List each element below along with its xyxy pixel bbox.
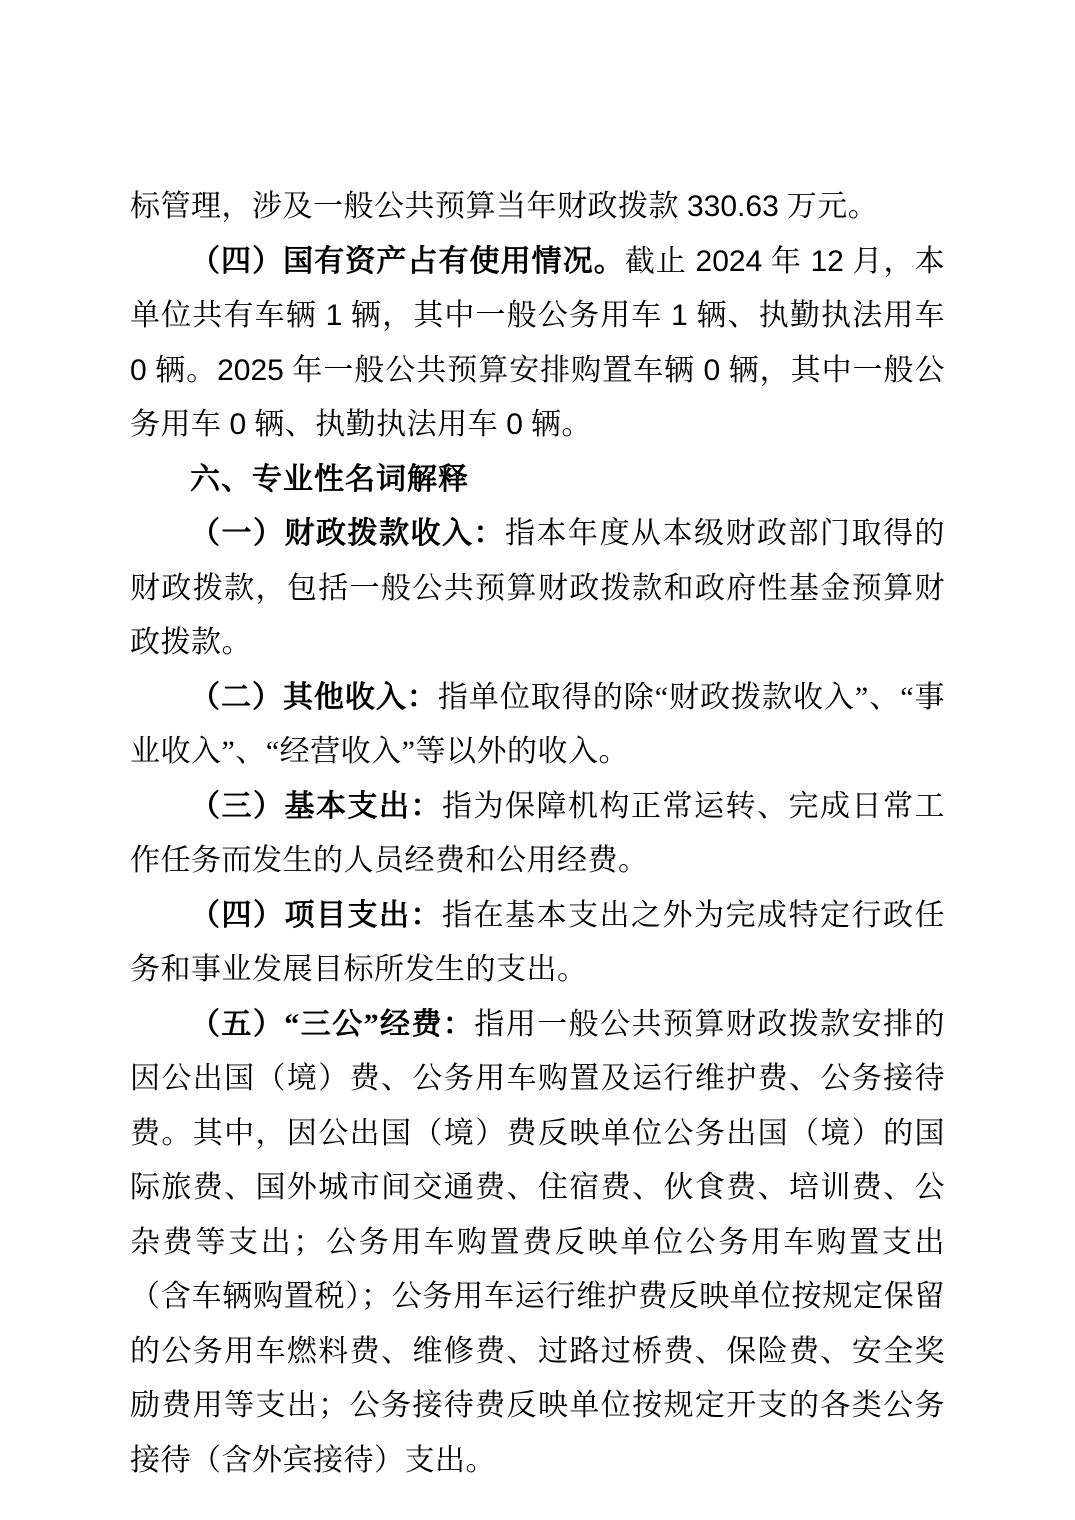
paragraph-continuation-text: 标管理，涉及一般公共预算当年财政拨款 330.63 万元。	[130, 190, 878, 223]
paragraph-term-other-income: （二）其他收入：指单位取得的除“财政拨款收入”、“事业收入”、“经营收入”等以外…	[130, 671, 945, 780]
section-heading-terms: 六、专业性名词解释	[130, 453, 945, 508]
paragraph-term-3-lead: （三）基本支出：	[190, 790, 442, 823]
paragraph-term-1-lead: （一）财政拨款收入：	[190, 517, 505, 550]
paragraph-term-5-text: 指用一般公共预算财政拨款安排的因公出国（境）费、公务用车购置及运行维护费、公务接…	[130, 1008, 945, 1477]
paragraph-term-fiscal-appropriation-income: （一）财政拨款收入：指本年度从本级财政部门取得的财政拨款，包括一般公共预算财政拨…	[130, 507, 945, 671]
document-page: 标管理，涉及一般公共预算当年财政拨款 330.63 万元。 （四）国有资产占有使…	[0, 0, 1075, 1520]
paragraph-term-basic-expenditure: （三）基本支出：指为保障机构正常运转、完成日常工作任务而发生的人员经费和公用经费…	[130, 780, 945, 889]
paragraph-continuation: 标管理，涉及一般公共预算当年财政拨款 330.63 万元。	[130, 180, 945, 235]
paragraph-term-5-lead: （五）“三公”经费：	[190, 1008, 474, 1041]
paragraph-state-assets: （四）国有资产占有使用情况。截止 2024 年 12 月，本单位共有车辆 1 辆…	[130, 235, 945, 453]
paragraph-term-2-lead: （二）其他收入：	[190, 681, 438, 714]
paragraph-term-4-lead: （四）项目支出：	[190, 899, 442, 932]
paragraph-term-three-public-funds: （五）“三公”经费：指用一般公共预算财政拨款安排的因公出国（境）费、公务用车购置…	[130, 998, 945, 1489]
paragraph-state-assets-lead: （四）国有资产占有使用情况。	[190, 245, 625, 278]
paragraph-term-project-expenditure: （四）项目支出：指在基本支出之外为完成特定行政任务和事业发展目标所发生的支出。	[130, 889, 945, 998]
document-text-block: 标管理，涉及一般公共预算当年财政拨款 330.63 万元。 （四）国有资产占有使…	[130, 180, 945, 1488]
